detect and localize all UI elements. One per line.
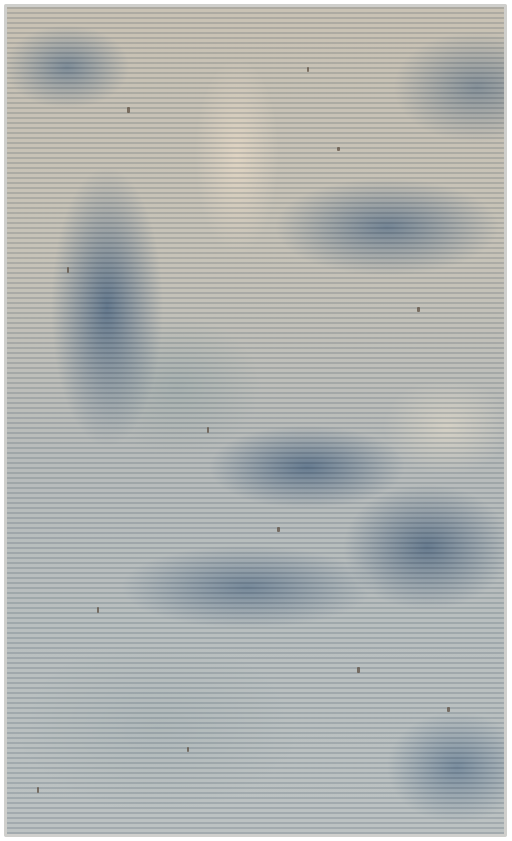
- rug-speck: [337, 147, 340, 151]
- rug-speck: [357, 667, 360, 673]
- rug-speck: [187, 747, 189, 752]
- rug-speck: [97, 607, 99, 613]
- rug-speck: [447, 707, 450, 712]
- rug-speck: [207, 427, 209, 433]
- rug-speck: [307, 67, 309, 72]
- rug-speck: [67, 267, 69, 273]
- rug-speck: [37, 787, 39, 793]
- rug-speck: [277, 527, 280, 532]
- rug-texture: [7, 7, 504, 834]
- rug-speck: [127, 107, 130, 113]
- rug-speck: [417, 307, 420, 312]
- rug-image: [4, 4, 507, 837]
